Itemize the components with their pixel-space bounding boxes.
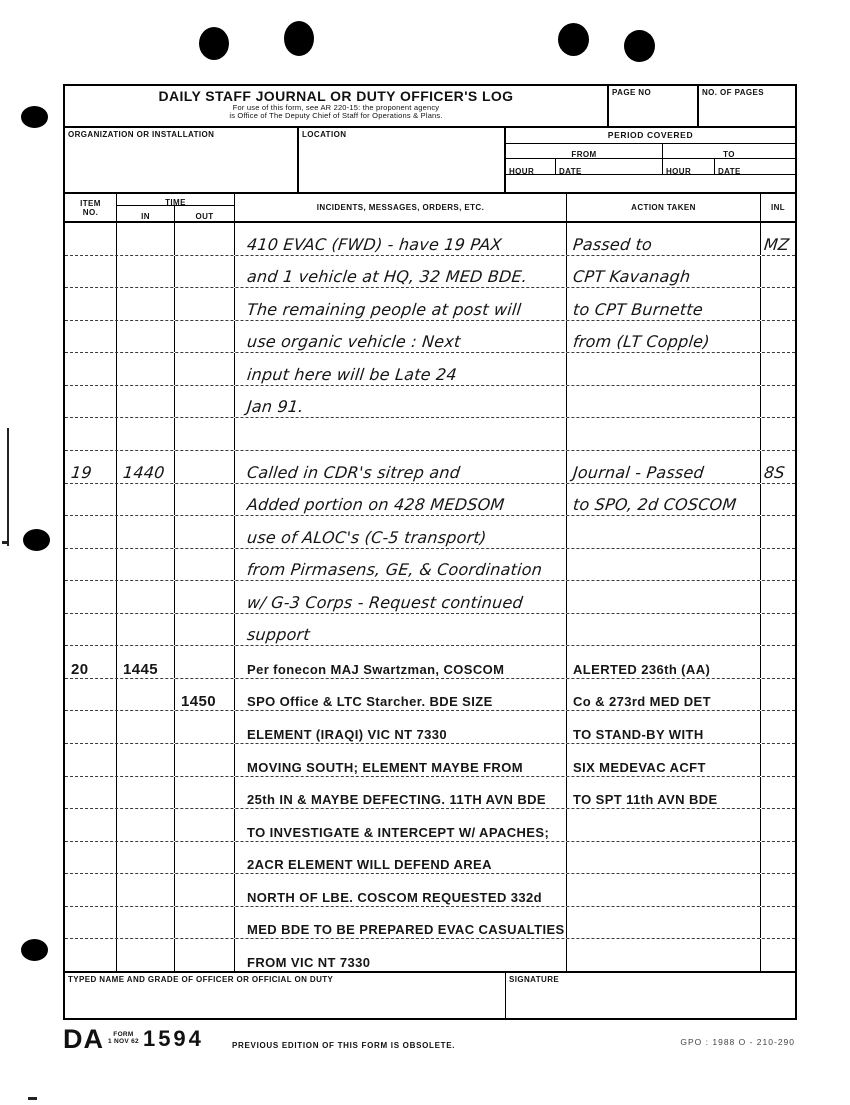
- incident-cell: MED BDE TO BE PREPARED EVAC CASUALTIES: [235, 907, 567, 939]
- punch-hole: [23, 529, 50, 551]
- incident-cell: w/ G-3 Corps - Request continued: [235, 581, 567, 613]
- initials-cell: 8S: [761, 451, 795, 483]
- table-row: The remaining people at post will to CPT…: [65, 288, 795, 321]
- time-out-cell: [175, 711, 235, 743]
- item-no-cell: [65, 809, 117, 841]
- time-out-cell: [175, 581, 235, 613]
- item-no-cell: [65, 614, 117, 646]
- incident-cell: NORTH OF LBE. COSCOM REQUESTED 332d: [235, 874, 567, 906]
- action-taken-cell: to SPO, 2d COSCOM: [567, 484, 761, 516]
- table-row: support: [65, 614, 795, 647]
- time-in-cell: [117, 744, 175, 776]
- form-header-band: DAILY STAFF JOURNAL OR DUTY OFFICER'S LO…: [65, 86, 795, 128]
- table-row: 19 1440 Called in CDR's sitrep and Journ…: [65, 451, 795, 484]
- item-no-cell: [65, 711, 117, 743]
- col-header-incidents: INCIDENTS, MESSAGES, ORDERS, ETC.: [235, 194, 567, 221]
- time-in-cell: [117, 874, 175, 906]
- action-taken-cell: [567, 581, 761, 613]
- from-label: FROM: [571, 150, 596, 159]
- form-edition: FORM 1 NOV 62: [108, 1031, 139, 1045]
- incident-cell: Added portion on 428 MEDSOM: [235, 484, 567, 516]
- page-no-label: PAGE NO: [612, 88, 694, 97]
- punch-hole: [21, 106, 48, 128]
- initials-cell: [761, 646, 795, 678]
- table-row: Added portion on 428 MEDSOM to SPO, 2d C…: [65, 484, 795, 517]
- item-no-cell: [65, 581, 117, 613]
- action-taken-cell: Co & 273rd MED DET: [567, 679, 761, 711]
- time-out-cell: [175, 321, 235, 353]
- typed-name-field: TYPED NAME AND GRADE OF OFFICER OR OFFIC…: [65, 973, 506, 1018]
- col-header-item-no: ITEM NO.: [65, 194, 117, 221]
- time-out-cell: [175, 451, 235, 483]
- time-out-cell: [175, 939, 235, 971]
- item-no-cell: [65, 256, 117, 288]
- no-of-pages-field: NO. OF PAGES: [699, 86, 795, 126]
- incident-cell: use of ALOC's (C-5 transport): [235, 516, 567, 548]
- time-in-cell: [117, 386, 175, 418]
- signature-field: SIGNATURE: [506, 973, 795, 1018]
- initials-cell: [761, 679, 795, 711]
- typed-name-label: TYPED NAME AND GRADE OF OFFICER OR OFFIC…: [68, 975, 502, 984]
- time-in-cell: [117, 581, 175, 613]
- time-out-cell: [175, 223, 235, 255]
- time-out-cell: [175, 614, 235, 646]
- table-row: TO INVESTIGATE & INTERCEPT W/ APACHES;: [65, 809, 795, 842]
- time-in-cell: [117, 223, 175, 255]
- item-no-cell: [65, 549, 117, 581]
- time-in-cell: [117, 418, 175, 450]
- item-no-cell: [65, 321, 117, 353]
- action-taken-cell: [567, 907, 761, 939]
- action-taken-cell: SIX MEDEVAC ACFT: [567, 744, 761, 776]
- incident-cell: FROM VIC NT 7330: [235, 939, 567, 971]
- table-row: and 1 vehicle at HQ, 32 MED BDE. CPT Kav…: [65, 256, 795, 289]
- initials-cell: [761, 288, 795, 320]
- time-out-cell: [175, 874, 235, 906]
- time-in-cell: [117, 939, 175, 971]
- time-in-cell: [117, 353, 175, 385]
- incident-cell: support: [235, 614, 567, 646]
- footer-band: TYPED NAME AND GRADE OF OFFICER OR OFFIC…: [65, 971, 795, 1018]
- table-row: ELEMENT (IRAQI) VIC NT 7330 TO STAND-BY …: [65, 711, 795, 744]
- table-row: 1450 SPO Office & LTC Starcher. BDE SIZE…: [65, 679, 795, 712]
- initials-cell: [761, 581, 795, 613]
- col-header-time: TIME IN OUT: [117, 194, 235, 221]
- table-row: 2ACR ELEMENT WILL DEFEND AREA: [65, 842, 795, 875]
- table-row: Jan 91.: [65, 386, 795, 419]
- action-taken-cell: [567, 939, 761, 971]
- action-taken-cell: [567, 516, 761, 548]
- table-column-headers: ITEM NO. TIME IN OUT INCIDENTS, MESSAGES…: [65, 194, 795, 223]
- time-in-cell: [117, 321, 175, 353]
- col-header-inl: INL: [761, 194, 795, 221]
- col-header-action-taken: ACTION TAKEN: [567, 194, 761, 221]
- initials-cell: [761, 418, 795, 450]
- time-out-cell: [175, 809, 235, 841]
- action-taken-cell: [567, 842, 761, 874]
- action-taken-cell: [567, 809, 761, 841]
- time-in-cell: [117, 614, 175, 646]
- scanned-document-page: DAILY STAFF JOURNAL OR DUTY OFFICER'S LO…: [0, 0, 850, 1105]
- organization-field: ORGANIZATION OR INSTALLATION: [65, 128, 299, 192]
- time-in-cell: [117, 809, 175, 841]
- item-no-cell: [65, 939, 117, 971]
- table-row: MOVING SOUTH; ELEMENT MAYBE FROM SIX MED…: [65, 744, 795, 777]
- item-no-cell: [65, 418, 117, 450]
- initials-cell: [761, 549, 795, 581]
- to-label: TO: [723, 150, 735, 159]
- item-no-cell: [65, 874, 117, 906]
- from-to-row: FROM TO: [506, 144, 795, 159]
- obsolete-notice: PREVIOUS EDITION OF THIS FORM IS OBSOLET…: [232, 1041, 455, 1050]
- initials-cell: [761, 939, 795, 971]
- time-out-cell: [175, 842, 235, 874]
- table-row: [65, 418, 795, 451]
- incident-cell: SPO Office & LTC Starcher. BDE SIZE: [235, 679, 567, 711]
- action-taken-cell: from (LT Copple): [567, 321, 761, 353]
- action-taken-cell: to CPT Burnette: [567, 288, 761, 320]
- form-title: DAILY STAFF JOURNAL OR DUTY OFFICER'S LO…: [65, 89, 607, 104]
- time-out-cell: [175, 646, 235, 678]
- time-in-cell: [117, 256, 175, 288]
- item-no-cell: 19: [65, 451, 117, 483]
- action-taken-cell: ALERTED 236th (AA): [567, 646, 761, 678]
- initials-cell: [761, 516, 795, 548]
- signature-label: SIGNATURE: [509, 975, 792, 984]
- item-no-cell: [65, 744, 117, 776]
- time-in-cell: 1445: [117, 646, 175, 678]
- organization-label: ORGANIZATION OR INSTALLATION: [68, 130, 294, 139]
- time-in-cell: [117, 288, 175, 320]
- table-row: from Pirmasens, GE, & Coordination: [65, 549, 795, 582]
- initials-cell: [761, 711, 795, 743]
- time-out-label: OUT: [195, 212, 213, 221]
- item-no-cell: [65, 842, 117, 874]
- location-field: LOCATION: [299, 128, 506, 192]
- time-out-cell: [175, 256, 235, 288]
- da-form-1594: DAILY STAFF JOURNAL OR DUTY OFFICER'S LO…: [63, 84, 797, 1020]
- time-out-cell: [175, 418, 235, 450]
- initials-cell: [761, 614, 795, 646]
- time-in-label: IN: [141, 212, 150, 221]
- action-taken-cell: TO STAND-BY WITH: [567, 711, 761, 743]
- time-out-cell: [175, 744, 235, 776]
- table-row: 25th IN & MAYBE DEFECTING. 11TH AVN BDE …: [65, 777, 795, 810]
- incident-cell: use organic vehicle : Next: [235, 321, 567, 353]
- item-no-cell: [65, 288, 117, 320]
- initials-cell: [761, 842, 795, 874]
- action-taken-cell: [567, 614, 761, 646]
- form-number-block: DA FORM 1 NOV 62 1594: [63, 1026, 204, 1052]
- page-no-field: PAGE NO: [609, 86, 699, 126]
- stray-pen-mark: [2, 541, 8, 544]
- org-location-period-band: ORGANIZATION OR INSTALLATION LOCATION PE…: [65, 128, 795, 194]
- item-no-cell: [65, 679, 117, 711]
- item-no-cell: [65, 516, 117, 548]
- incident-cell: Per fonecon MAJ Swartzman, COSCOM: [235, 646, 567, 678]
- initials-cell: [761, 907, 795, 939]
- incident-cell: Called in CDR's sitrep and: [235, 451, 567, 483]
- action-taken-cell: [567, 353, 761, 385]
- time-in-cell: [117, 777, 175, 809]
- time-out-cell: [175, 549, 235, 581]
- time-out-cell: [175, 907, 235, 939]
- form-prefix: DA: [63, 1026, 104, 1052]
- time-in-cell: [117, 842, 175, 874]
- initials-cell: [761, 777, 795, 809]
- punch-hole: [284, 21, 314, 56]
- form-subtitle-line2: is Office of The Deputy Chief of Staff f…: [65, 112, 607, 120]
- time-in-cell: [117, 516, 175, 548]
- period-blank-space: [506, 175, 795, 192]
- table-row: 410 EVAC (FWD) - have 19 PAX Passed to M…: [65, 223, 795, 256]
- punch-hole: [558, 23, 589, 56]
- table-row: MED BDE TO BE PREPARED EVAC CASUALTIES: [65, 907, 795, 940]
- hour-date-row: HOUR DATE HOUR DATE: [506, 159, 795, 175]
- item-no-cell: [65, 223, 117, 255]
- incident-cell: and 1 vehicle at HQ, 32 MED BDE.: [235, 256, 567, 288]
- form-title-cell: DAILY STAFF JOURNAL OR DUTY OFFICER'S LO…: [65, 86, 609, 126]
- initials-cell: [761, 256, 795, 288]
- time-in-cell: 1440: [117, 451, 175, 483]
- action-taken-cell: [567, 418, 761, 450]
- period-covered-label: PERIOD COVERED: [506, 128, 795, 144]
- action-taken-cell: TO SPT 11th AVN BDE: [567, 777, 761, 809]
- time-out-cell: [175, 484, 235, 516]
- incident-cell: ELEMENT (IRAQI) VIC NT 7330: [235, 711, 567, 743]
- action-taken-cell: Passed to: [567, 223, 761, 255]
- table-row: w/ G-3 Corps - Request continued: [65, 581, 795, 614]
- time-in-cell: [117, 679, 175, 711]
- time-out-cell: [175, 516, 235, 548]
- item-no-cell: 20: [65, 646, 117, 678]
- table-row: use organic vehicle : Next from (LT Copp…: [65, 321, 795, 354]
- initials-cell: [761, 874, 795, 906]
- action-taken-cell: Journal - Passed: [567, 451, 761, 483]
- time-in-cell: [117, 907, 175, 939]
- time-out-cell: [175, 353, 235, 385]
- punch-hole: [199, 27, 229, 60]
- incident-cell: [235, 418, 567, 450]
- item-no-cell: [65, 777, 117, 809]
- table-row: FROM VIC NT 7330: [65, 939, 795, 971]
- gpo-print-code: GPO : 1988 O - 210-290: [680, 1037, 795, 1047]
- punch-hole: [624, 30, 655, 62]
- time-in-cell: [117, 484, 175, 516]
- time-out-cell: [175, 386, 235, 418]
- initials-cell: [761, 386, 795, 418]
- incident-cell: from Pirmasens, GE, & Coordination: [235, 549, 567, 581]
- incident-cell: input here will be Late 24: [235, 353, 567, 385]
- table-row: 20 1445 Per fonecon MAJ Swartzman, COSCO…: [65, 646, 795, 679]
- time-in-cell: [117, 711, 175, 743]
- item-no-cell: [65, 907, 117, 939]
- item-no-cell: [65, 353, 117, 385]
- stray-pen-mark: [7, 428, 9, 546]
- initials-cell: MZ: [761, 223, 795, 255]
- incident-cell: 2ACR ELEMENT WILL DEFEND AREA: [235, 842, 567, 874]
- action-taken-cell: [567, 386, 761, 418]
- incident-cell: The remaining people at post will: [235, 288, 567, 320]
- incident-cell: MOVING SOUTH; ELEMENT MAYBE FROM: [235, 744, 567, 776]
- time-out-cell: [175, 288, 235, 320]
- incident-cell: TO INVESTIGATE & INTERCEPT W/ APACHES;: [235, 809, 567, 841]
- initials-cell: [761, 744, 795, 776]
- initials-cell: [761, 353, 795, 385]
- time-in-cell: [117, 549, 175, 581]
- initials-cell: [761, 321, 795, 353]
- table-row: use of ALOC's (C-5 transport): [65, 516, 795, 549]
- form-number: 1594: [143, 1026, 204, 1052]
- period-covered-section: PERIOD COVERED FROM TO HOUR DATE HOUR DA…: [506, 128, 795, 192]
- location-label: LOCATION: [302, 130, 501, 139]
- item-no-cell: [65, 386, 117, 418]
- incident-cell: 410 EVAC (FWD) - have 19 PAX: [235, 223, 567, 255]
- time-out-cell: [175, 777, 235, 809]
- journal-rows: 410 EVAC (FWD) - have 19 PAX Passed to M…: [65, 223, 795, 971]
- initials-cell: [761, 484, 795, 516]
- action-taken-cell: [567, 549, 761, 581]
- incident-cell: 25th IN & MAYBE DEFECTING. 11TH AVN BDE: [235, 777, 567, 809]
- action-taken-cell: [567, 874, 761, 906]
- stray-pen-mark: [28, 1097, 37, 1100]
- item-no-cell: [65, 484, 117, 516]
- time-out-cell: 1450: [175, 679, 235, 711]
- table-row: NORTH OF LBE. COSCOM REQUESTED 332d: [65, 874, 795, 907]
- initials-cell: [761, 809, 795, 841]
- table-row: input here will be Late 24: [65, 353, 795, 386]
- action-taken-cell: CPT Kavanagh: [567, 256, 761, 288]
- incident-cell: Jan 91.: [235, 386, 567, 418]
- punch-hole: [21, 939, 48, 961]
- no-of-pages-label: NO. OF PAGES: [702, 88, 792, 97]
